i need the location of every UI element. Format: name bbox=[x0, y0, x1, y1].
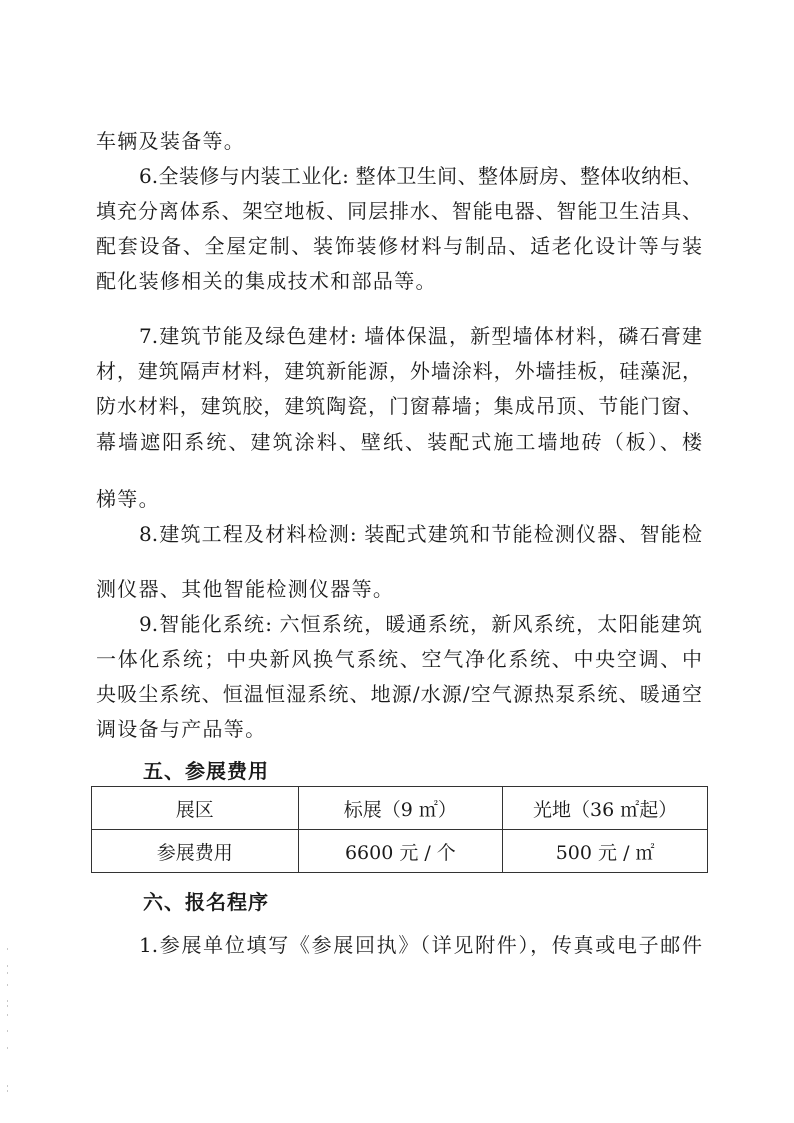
paragraph-line: 9.智能化系统: 六恒系统，暖通系统，新风系统，太阳能建筑 bbox=[139, 612, 702, 636]
paragraph-line: 配套设备、全屋定制、装饰装修材料与制品、适老化设计等与装 bbox=[96, 234, 702, 258]
section-heading-fees: 五、参展费用 bbox=[143, 759, 269, 783]
table-cell: 6600 元 / 个 bbox=[298, 830, 503, 873]
scan-artifact bbox=[7, 1005, 8, 1007]
scan-artifact bbox=[7, 965, 8, 967]
paragraph-line: 配化装修相关的集成技术和部品等。 bbox=[96, 269, 702, 293]
fee-table: 展区 标展（9 ㎡） 光地（36 ㎡起） 参展费用 6600 元 / 个 500… bbox=[91, 786, 708, 873]
scan-artifact bbox=[7, 948, 8, 950]
paragraph-line: 梯等。 bbox=[96, 487, 702, 511]
paragraph-line: 8.建筑工程及材料检测: 装配式建筑和节能检测仪器、智能检 bbox=[139, 522, 702, 546]
paragraph-line: 调设备与产品等。 bbox=[96, 717, 702, 741]
paragraph-line: 防水材料，建筑胶，建筑陶瓷，门窗幕墙；集成吊顶、节能门窗、 bbox=[96, 394, 702, 418]
scan-artifact bbox=[7, 1030, 8, 1032]
paragraph-line: 央吸尘系统、恒温恒湿系统、地源/水源/空气源热泵系统、暖通空 bbox=[96, 682, 702, 706]
paragraph-line: 1.参展单位填写《参展回执》（详见附件），传真或电子邮件 bbox=[139, 933, 702, 957]
section-heading-registration: 六、报名程序 bbox=[143, 890, 269, 914]
table-row: 参展费用 6600 元 / 个 500 元 / ㎡ bbox=[92, 830, 708, 873]
table-cell: 参展费用 bbox=[92, 830, 299, 873]
scan-artifact bbox=[7, 984, 8, 986]
scan-artifact bbox=[7, 1014, 8, 1016]
table-cell: 标展（9 ㎡） bbox=[298, 787, 503, 830]
scan-artifact bbox=[7, 1000, 8, 1002]
scan-artifact bbox=[7, 1085, 8, 1087]
scan-artifact bbox=[7, 972, 8, 974]
paragraph-line: 一体化系统；中央新风换气系统、空气净化系统、中央空调、中 bbox=[96, 647, 702, 671]
paragraph-line: 填充分离体系、架空地板、同层排水、智能电器、智能卫生洁具、 bbox=[96, 199, 702, 223]
table-cell: 光地（36 ㎡起） bbox=[503, 787, 708, 830]
document-page: 车辆及装备等。 6.全装修与内装工业化: 整体卫生间、整体厨房、整体收纳柜、 填… bbox=[0, 0, 794, 1123]
table-header-row: 展区 标展（9 ㎡） 光地（36 ㎡起） bbox=[92, 787, 708, 830]
scan-artifact bbox=[7, 1047, 8, 1049]
paragraph-line: 幕墙遮阳系统、建筑涂料、壁纸、装配式施工墙地砖（板）、楼 bbox=[96, 430, 702, 454]
scan-artifact bbox=[7, 1090, 8, 1092]
paragraph-line: 车辆及装备等。 bbox=[96, 129, 702, 153]
table-cell: 500 元 / ㎡ bbox=[503, 830, 708, 873]
paragraph-line: 测仪器、其他智能检测仪器等。 bbox=[96, 577, 702, 601]
paragraph-line: 材，建筑隔声材料，建筑新能源，外墙涂料，外墙挂板，硅藻泥， bbox=[96, 359, 702, 383]
paragraph-line: 7.建筑节能及绿色建材: 墙体保温，新型墙体材料，磷石膏建 bbox=[139, 324, 702, 348]
table-cell: 展区 bbox=[92, 787, 299, 830]
paragraph-line: 6.全装修与内装工业化: 整体卫生间、整体厨房、整体收纳柜、 bbox=[139, 164, 702, 188]
